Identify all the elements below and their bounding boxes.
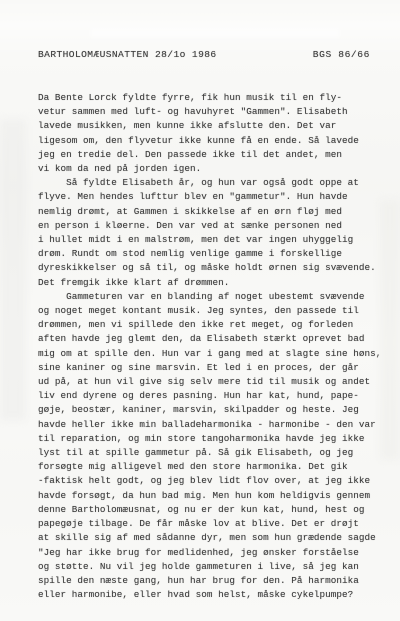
document-title: BARTHOLOMÆUSNATTEN 28/1o 1986 (38, 49, 217, 61)
paragraph-2: Så fyldte Elisabeth år, og hun var også … (38, 176, 382, 290)
document-body: Da Bente Lorck fyldte fyrre, fik hun mus… (38, 91, 382, 602)
paragraph-3: Gammeturen var en blanding af noget ubes… (38, 290, 382, 602)
document-reference: BGS 86/66 (313, 49, 370, 61)
scan-artifact (90, 28, 340, 38)
page-header: BARTHOLOMÆUSNATTEN 28/1o 1986 BGS 86/66 (38, 49, 382, 61)
typewritten-page: BARTHOLOMÆUSNATTEN 28/1o 1986 BGS 86/66 … (0, 0, 400, 621)
paragraph-1: Da Bente Lorck fyldte fyrre, fik hun mus… (38, 91, 382, 176)
scan-artifact (380, 200, 400, 460)
scan-artifact (0, 120, 26, 420)
